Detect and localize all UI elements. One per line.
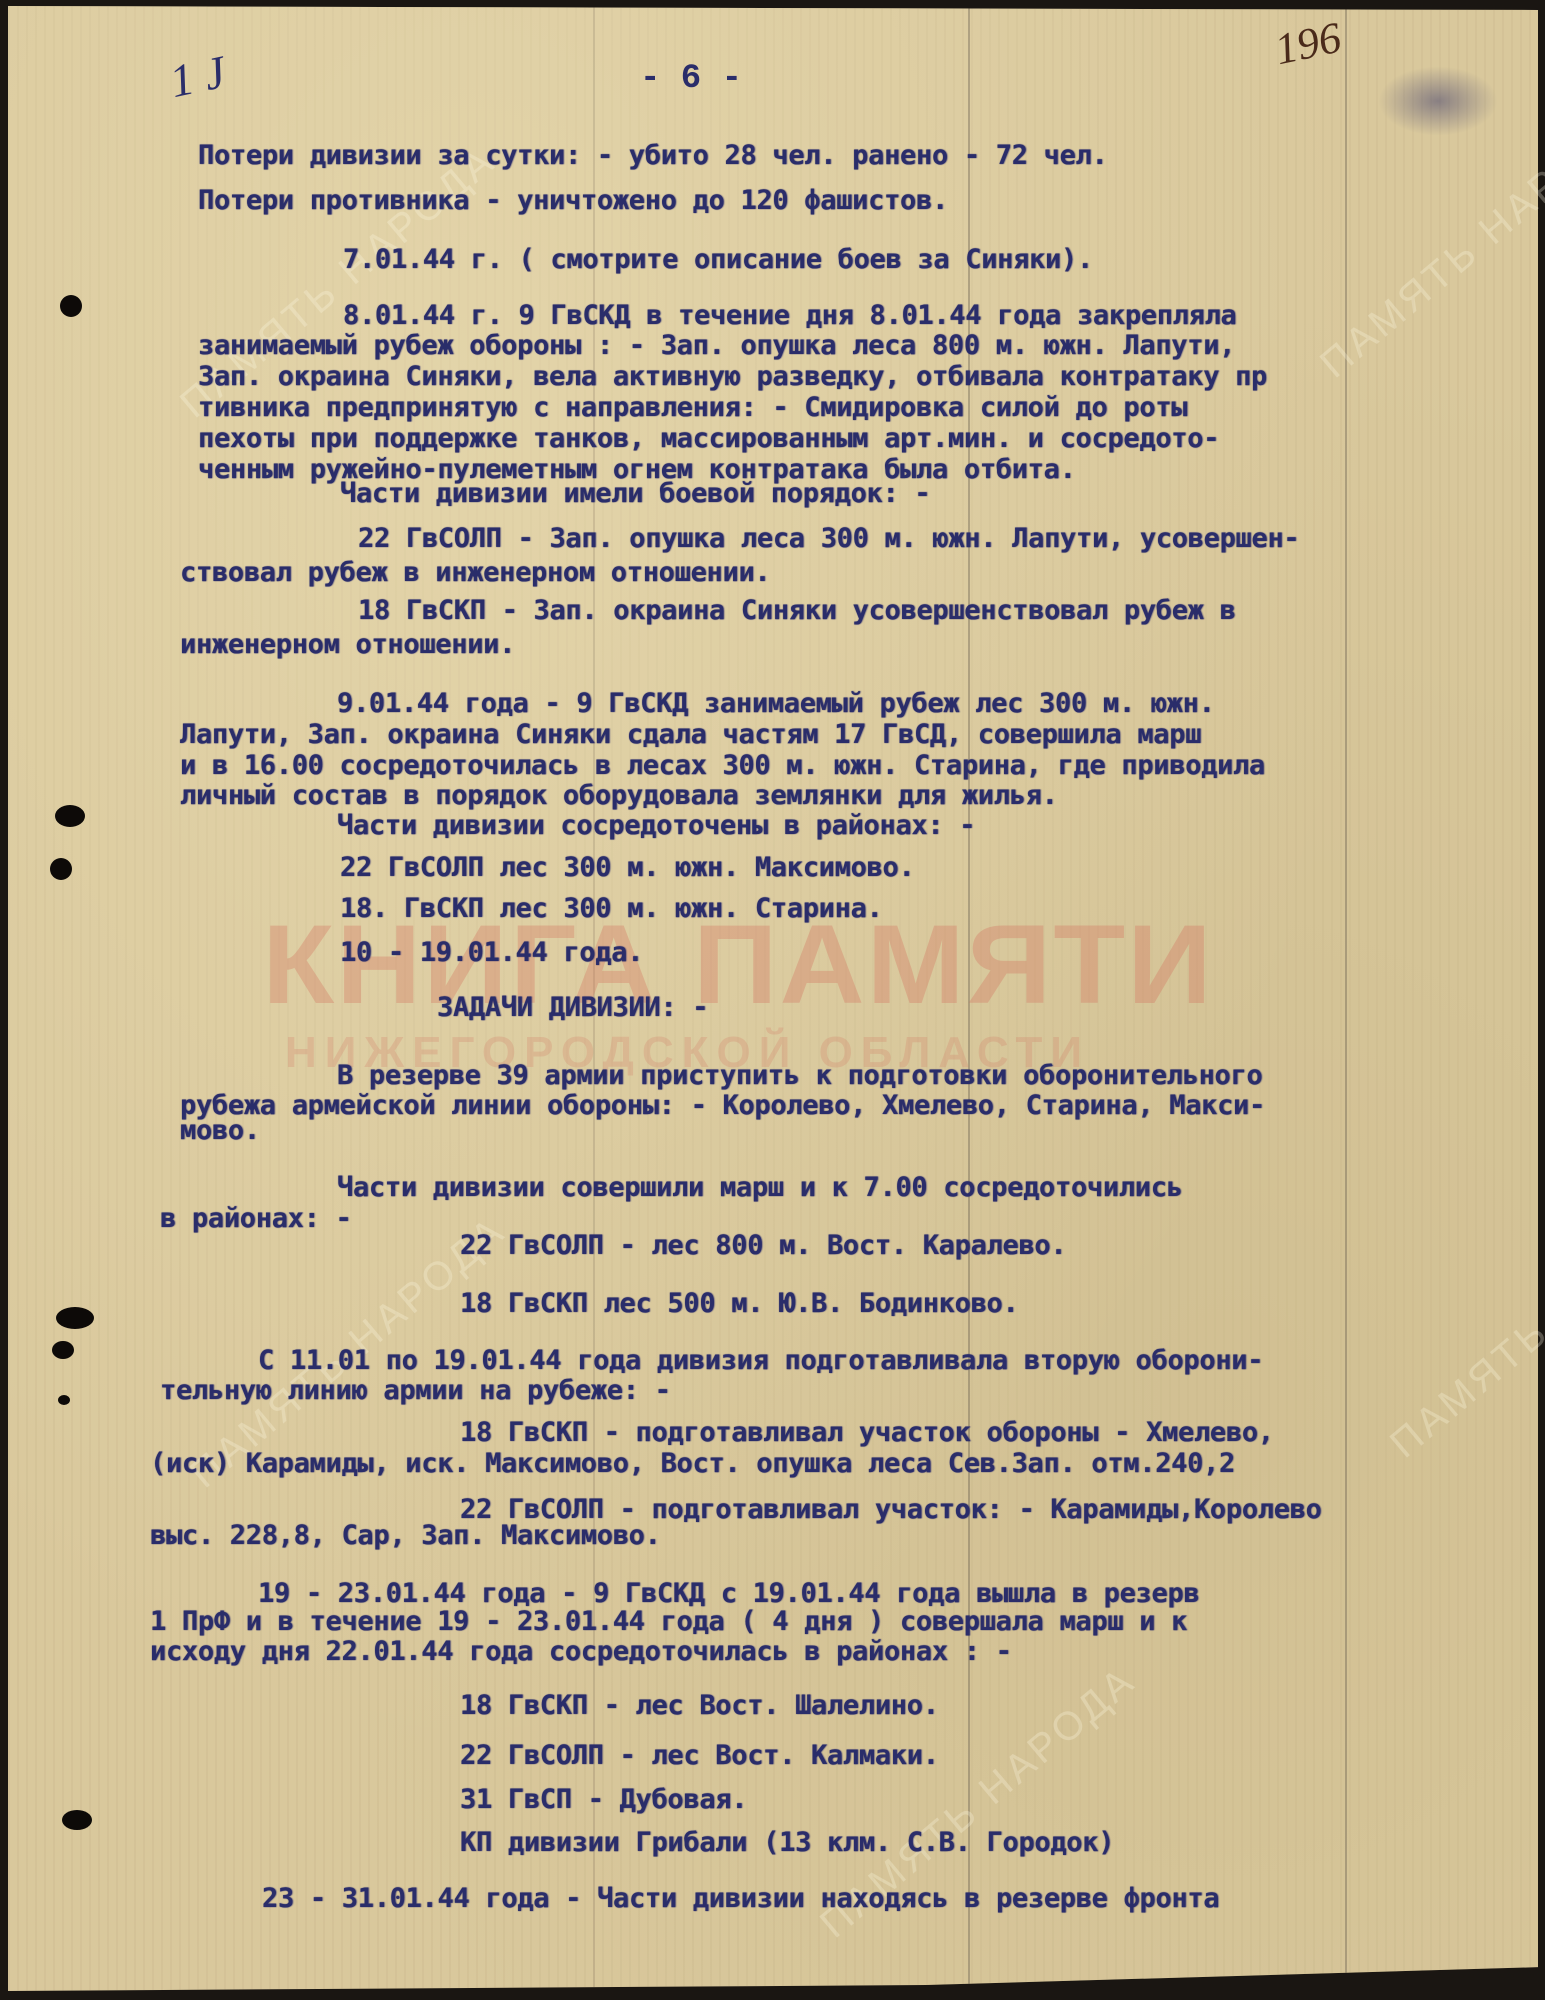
text-line: Зап. окраина Синяки, вела активную разве… [198,361,1267,392]
text-line: 22 ГвСОЛП - лес 800 м. Вост. Каралево. [460,1230,1066,1261]
punch-hole [56,1307,94,1329]
text-line: Потери противника - уничтожено до 120 фа… [198,185,948,216]
text-line: тельную линию армии на рубеже: - [160,1375,671,1406]
text-line: в районах: - [160,1203,351,1234]
text-line: Лапути, Зап. окраина Синяки сдала частям… [180,719,1201,750]
text-line: выс. 228,8, Сар, Зап. Максимово. [150,1520,661,1551]
page-number: - 6 - [640,60,742,98]
text-line: 22 ГвСОЛП лес 300 м. южн. Максимово. [340,852,914,883]
text-line: Части дивизии имели боевой порядок: - [340,478,930,509]
fold-line [1345,6,1347,1991]
text-line: 22 ГвСОЛП - лес Вост. Калмаки. [460,1740,939,1771]
ink-smudge [1378,66,1498,136]
text-line: Части дивизии совершили марш и к 7.00 со… [337,1172,1183,1203]
punch-hole [55,805,85,827]
text-line: 19 - 23.01.44 года - 9 ГвСКД с 19.01.44 … [258,1578,1199,1609]
punch-hole [50,858,72,880]
text-line: 7.01.44 г. ( смотрите описание боев за С… [343,244,1093,275]
text-line: Потери дивизии за сутки: - убито 28 чел.… [198,140,1107,171]
text-line: мово. [180,1115,260,1146]
text-line: инженерном отношении. [180,629,515,660]
text-line: 22 ГвСОЛП - Зап. опушка леса 300 м. южн.… [358,523,1299,554]
text-line: 18 ГвСКП - подготавливал участок обороны… [460,1417,1274,1448]
text-line: 10 - 19.01.44 года. [340,937,643,968]
text-line: тивника предпринятую с направления: - См… [198,392,1187,423]
text-line: 1 ПрФ и в течение 19 - 23.01.44 года ( 4… [150,1606,1187,1637]
text-line: 31 ГвСП - Дубовая. [460,1784,747,1815]
text-line: рубежа армейской линии обороны: - Короле… [180,1090,1265,1121]
text-line: 18 ГвСКП - лес Вост. Шалелино. [460,1690,939,1721]
text-line: Части дивизии сосредоточены в районах: - [337,810,975,841]
text-line: 18. ГвСКП лес 300 м. южн. Старина. [340,893,882,924]
text-line: исходу дня 22.01.44 года сосредоточилась… [150,1636,1012,1667]
text-line: КП дивизии Грибали (13 клм. С.В. Городок… [460,1827,1114,1858]
corner-mark: 1 J [165,45,230,108]
punch-hole [62,1810,92,1830]
text-line: 18 ГвСКП - Зап. окраина Синяки усовершен… [358,595,1236,626]
section-heading: ЗАДАЧИ ДИВИЗИИ: - [437,992,708,1023]
punch-hole [60,295,82,317]
text-line: С 11.01 по 19.01.44 года дивизия подгота… [258,1345,1263,1376]
punch-hole [52,1341,74,1359]
punch-hole [58,1395,70,1405]
text-line: занимаемый рубеж обороны : - Зап. опушка… [198,330,1235,361]
text-line: 9.01.44 года - 9 ГвСКД занимаемый рубеж … [337,688,1215,719]
text-line: (иск) Карамиды, иск. Максимово, Вост. оп… [150,1448,1235,1479]
text-line: 18 ГвСКП лес 500 м. Ю.В. Бодинково. [460,1288,1018,1319]
text-line: 8.01.44 г. 9 ГвСКД в течение дня 8.01.44… [343,300,1237,331]
text-line: личный состав в порядок оборудовала земл… [180,780,1058,811]
text-line: и в 16.00 сосредоточилась в лесах 300 м.… [180,750,1265,781]
text-line: ствовал рубеж в инженерном отношении. [180,557,770,588]
text-line: пехоты при поддержке танков, массированн… [198,423,1219,454]
text-line: 23 - 31.01.44 года - Части дивизии наход… [262,1883,1219,1914]
text-line: В резерве 39 армии приступить к подготов… [337,1060,1262,1091]
